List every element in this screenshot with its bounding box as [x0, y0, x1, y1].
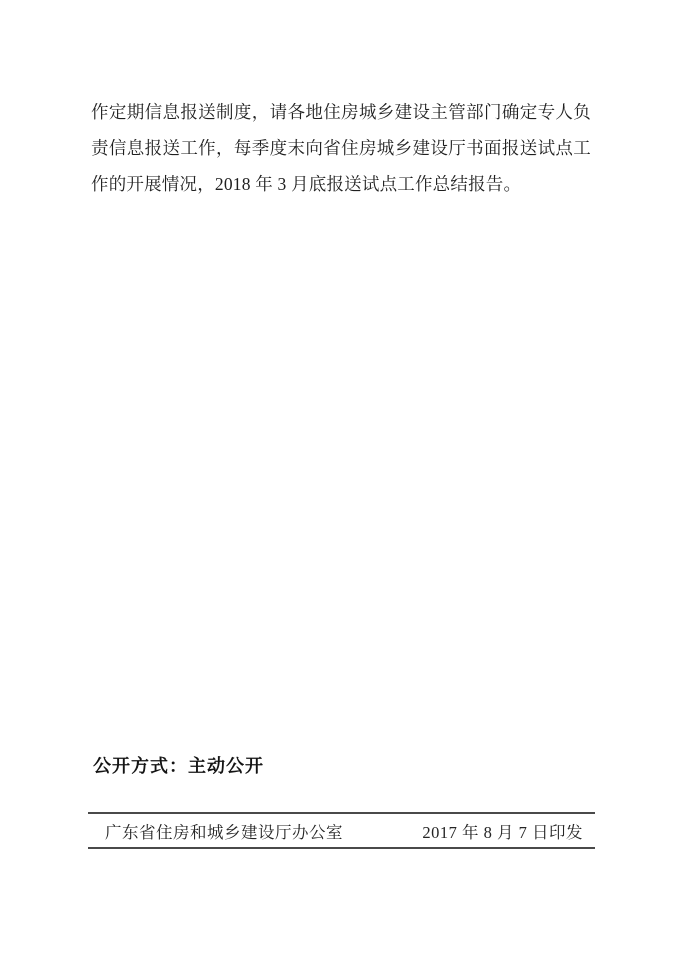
imprint-footer: 广东省住房和城乡建设厅办公室 2017 年 8 月 7 日印发: [88, 812, 595, 849]
body-paragraph: 作定期信息报送制度，请各地住房城乡建设主管部门确定专人负 责信息报送工作，每季度…: [91, 94, 591, 202]
paragraph-line: 责信息报送工作，每季度末向省住房城乡建设厅书面报送试点工: [91, 130, 591, 166]
publicity-method-label: 公开方式：主动公开: [93, 753, 264, 779]
paragraph-line: 作定期信息报送制度，请各地住房城乡建设主管部门确定专人负: [91, 94, 591, 130]
imprint-issuing-office: 广东省住房和城乡建设厅办公室: [105, 819, 343, 843]
imprint-print-date: 2017 年 8 月 7 日印发: [422, 819, 583, 843]
document-page: 作定期信息报送制度，请各地住房城乡建设主管部门确定专人负 责信息报送工作，每季度…: [0, 0, 680, 962]
paragraph-line: 作的开展情况，2018 年 3 月底报送试点工作总结报告。: [91, 166, 591, 202]
